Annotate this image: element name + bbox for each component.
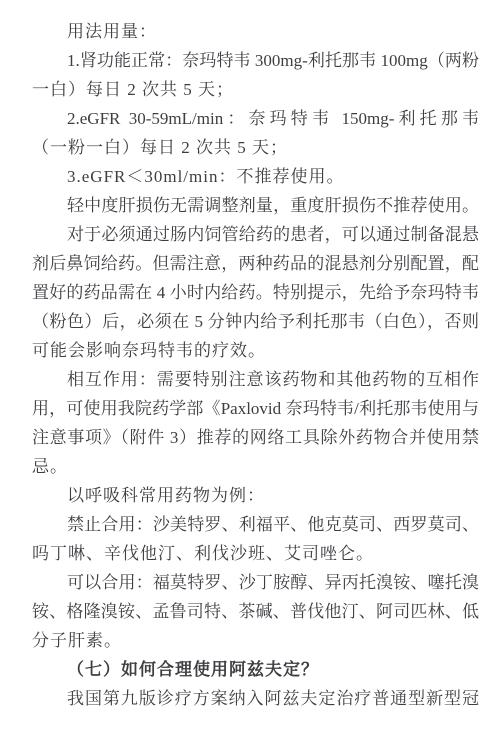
document-line: 2.eGFR 30-59mL/min：奈玛特韦 150mg-利托那韦 100mg	[32, 104, 479, 133]
document-line: 我国第九版诊疗方案纳入阿兹夫定治疗普通型新型冠	[32, 684, 479, 713]
document-line: 一白）每日 2 次共 5 天；	[32, 75, 479, 104]
document-line: 相互作用：需要特别注意该药物和其他药物的互相作	[32, 365, 479, 394]
document-page: 用法用量：1.肾功能正常：奈玛特韦 300mg-利托那韦 100mg（两粉一白）…	[0, 0, 500, 741]
document-line: 忌。	[32, 452, 479, 481]
document-body: 用法用量：1.肾功能正常：奈玛特韦 300mg-利托那韦 100mg（两粉一白）…	[32, 17, 479, 713]
document-line: 置好的药品需在 4 小时内给药。特别提示，先给予奈玛特韦	[32, 278, 479, 307]
document-line: 3.eGFR＜30ml/min：不推荐使用。	[32, 162, 479, 191]
document-line: 禁止合用：沙美特罗、利福平、他克莫司、西罗莫司、	[32, 510, 479, 539]
document-line: 分子肝素。	[32, 626, 479, 655]
document-line: （粉色）后，必须在 5 分钟内给予利托那韦（白色），否则	[32, 307, 479, 336]
document-line: （一粉一白）每日 2 次共 5 天；	[32, 133, 479, 162]
document-line: 可能会影响奈玛特韦的疗效。	[32, 336, 479, 365]
document-line: 注意事项》（附件 3）推荐的网络工具除外药物合并使用禁	[32, 423, 479, 452]
document-line: 轻中度肝损伤无需调整剂量，重度肝损伤不推荐使用。	[32, 191, 479, 220]
document-line: 铵、格隆溴铵、孟鲁司特、茶碱、普伐他汀、阿司匹林、低	[32, 597, 479, 626]
document-line: 1.肾功能正常：奈玛特韦 300mg-利托那韦 100mg（两粉	[32, 46, 479, 75]
document-line: 吗丁啉、辛伐他汀、利伐沙班、艾司唑仑。	[32, 539, 479, 568]
document-line: 对于必须通过肠内饲管给药的患者，可以通过制备混悬	[32, 220, 479, 249]
document-line: 以呼吸科常用药物为例：	[32, 481, 479, 510]
document-line: 用，可使用我院药学部《Paxlovid 奈玛特韦/利托那韦使用与	[32, 394, 479, 423]
document-line: （七）如何合理使用阿兹夫定？	[32, 655, 479, 684]
document-line: 剂后鼻饲给药。但需注意，两种药品的混悬剂分别配置，配	[32, 249, 479, 278]
document-line: 用法用量：	[32, 17, 479, 46]
document-line: 可以合用：福莫特罗、沙丁胺醇、异丙托溴铵、噻托溴	[32, 568, 479, 597]
